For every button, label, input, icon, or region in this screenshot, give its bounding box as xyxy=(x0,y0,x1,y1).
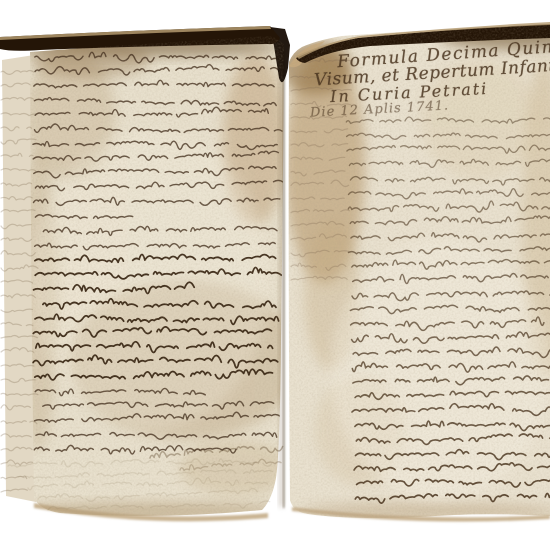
manuscript-photo-stage: Formula Decima Quind. Visum, et Repertum… xyxy=(0,0,550,550)
